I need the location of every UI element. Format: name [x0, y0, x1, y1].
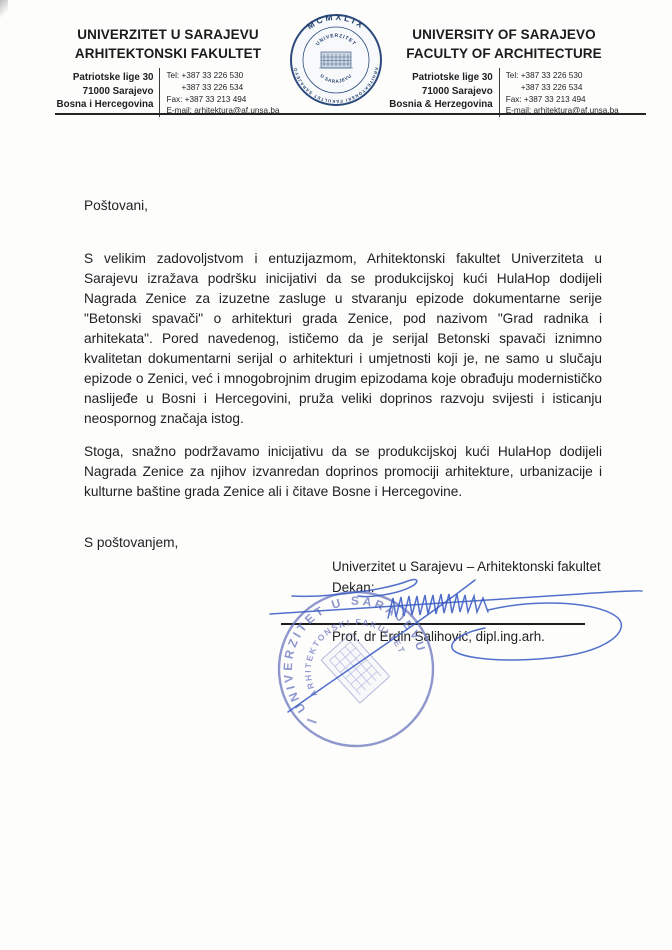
handwritten-signature-icon	[250, 560, 670, 730]
address-line: 71000 Sarajevo	[389, 85, 492, 99]
header-right: UNIVERSITY OF SARAJEVO FACULTY OF ARCHIT…	[386, 25, 622, 117]
email-line: E-mail: arhitektura@af.unsa.ba	[506, 105, 619, 117]
address-line: Patriotske lige 30	[57, 71, 154, 85]
header-left: UNIVERZITET U SARAJEVU ARHITEKTONSKI FAK…	[50, 25, 286, 117]
header-left-columns: Patriotske lige 30 71000 Sarajevo Bosna …	[50, 68, 286, 117]
svg-text:ARHITEKTONSKI FAKULTET: ARHITEKTONSKI FAKULTET	[285, 599, 408, 699]
seal-building-icon	[319, 52, 353, 68]
paragraph-2: Stoga, snažno podržavamo inicijativu da …	[84, 442, 602, 502]
tel-line-2: +387 33 226 534	[506, 82, 619, 94]
stamp-inner-text: ARHITEKTONSKI FAKULTET	[285, 599, 408, 699]
paragraph-1: S velikim zadovoljstvom i entuzijazmom, …	[84, 249, 602, 429]
email-line: E-mail: arhitektura@af.unsa.ba	[166, 105, 279, 117]
signature-role: Dekan:	[332, 580, 374, 595]
address-line: Bosnia & Herzegovina	[389, 98, 492, 112]
signature-organization: Univerzitet u Sarajevu – Arhitektonski f…	[332, 559, 601, 574]
scan-corner-artifact	[0, 0, 8, 22]
fax-line: Fax: +387 33 213 494	[506, 94, 619, 106]
closing-phrase: S poštovanjem,	[84, 533, 602, 553]
university-name-en: UNIVERSITY OF SARAJEVO	[386, 25, 622, 44]
salutation: Poštovani,	[84, 196, 602, 216]
letter-page: UNIVERZITET U SARAJEVU ARHITEKTONSKI FAK…	[0, 0, 672, 950]
header-right-columns: Patriotske lige 30 71000 Sarajevo Bosnia…	[386, 68, 622, 117]
ink-stamp-icon: UNIVERZITET U SARAJEVU ARHITEKTONSKI FAK…	[266, 579, 446, 759]
svg-text:UNIVERZITET U SARAJEVU: UNIVERZITET U SARAJEVU	[266, 579, 431, 716]
faculty-seal-icon: MCMXLIX ARHITEKTONSKI FAKULTET SARAJEVO …	[288, 12, 384, 108]
signature-line	[281, 623, 585, 625]
header-divider-rule	[55, 113, 646, 115]
stamp-outer-text: UNIVERZITET U SARAJEVU	[266, 579, 431, 716]
tel-line: Tel: +387 33 226 530	[166, 70, 279, 82]
contact-block-en: Tel: +387 33 226 530 +387 33 226 534 Fax…	[500, 68, 619, 117]
tel-line-2: +387 33 226 534	[166, 82, 279, 94]
org-title-english: UNIVERSITY OF SARAJEVO FACULTY OF ARCHIT…	[386, 25, 622, 63]
letter-body: Poštovani, S velikim zadovoljstvom i ent…	[84, 196, 602, 553]
address-line: Patriotske lige 30	[389, 71, 492, 85]
fax-line: Fax: +387 33 213 494	[166, 94, 279, 106]
signatory-name: Prof. dr Erdin Salihović, dipl.ing.arh.	[332, 629, 545, 644]
address-block-bs: Patriotske lige 30 71000 Sarajevo Bosna …	[57, 68, 161, 117]
address-block-en: Patriotske lige 30 71000 Sarajevo Bosnia…	[389, 68, 499, 117]
tel-line: Tel: +387 33 226 530	[506, 70, 619, 82]
address-line: Bosna i Hercegovina	[57, 98, 154, 112]
faculty-name-bs: ARHITEKTONSKI FAKULTET	[50, 44, 286, 63]
org-title-bosnian: UNIVERZITET U SARAJEVU ARHITEKTONSKI FAK…	[50, 25, 286, 63]
address-line: 71000 Sarajevo	[57, 85, 154, 99]
contact-block-bs: Tel: +387 33 226 530 +387 33 226 534 Fax…	[160, 68, 279, 117]
university-name-bs: UNIVERZITET U SARAJEVU	[50, 25, 286, 44]
faculty-name-en: FACULTY OF ARCHITECTURE	[386, 44, 622, 63]
